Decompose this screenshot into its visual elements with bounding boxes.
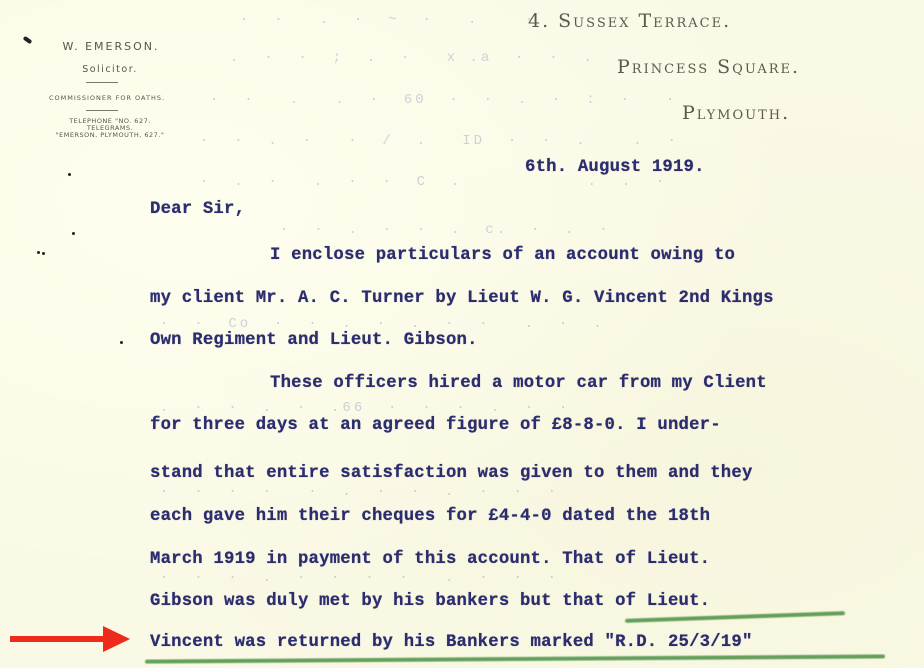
letterhead-name: W. EMERSON. <box>36 40 186 53</box>
body-line: These officers hired a motor car from my… <box>270 374 767 393</box>
arrow-head <box>103 626 130 652</box>
body-line: stand that entire satisfaction was given… <box>150 464 753 483</box>
body-line: my client Mr. A. C. Turner by Lieut W. G… <box>150 289 774 308</box>
divider <box>86 82 118 83</box>
green-underline <box>625 611 845 623</box>
body-line: for three days at an agreed figure of £8… <box>150 416 721 435</box>
body-line: Vincent was returned by his Bankers mark… <box>150 633 753 652</box>
letter-page: W. EMERSON. Solicitor. COMMISSIONER FOR … <box>0 0 924 668</box>
letter-date: 6th. August 1919. <box>525 158 705 177</box>
ghost-impression: · · · . · · · · . · · · <box>160 570 559 586</box>
letterhead-telephone: TELEPHONE "NO. 627. TELEGRAMS. "EMERSON,… <box>25 118 195 139</box>
paper-speck <box>68 173 71 176</box>
paper-speck <box>37 251 40 254</box>
ghost-impression: · · . · ~ · . · . <box>240 12 571 28</box>
ghost-impression: . · · . · .66 · · · . · · <box>160 400 570 416</box>
address-line-3: Plymouth. <box>682 102 790 124</box>
paper-speck <box>120 341 123 344</box>
body-line: March 1919 in payment of this account. T… <box>150 550 710 569</box>
telegrams-address: "EMERSON, PLYMOUTH, 627." <box>25 132 195 139</box>
red-arrow-icon <box>10 626 130 652</box>
body-line: Own Regiment and Lieut. Gibson. <box>150 331 478 350</box>
body-line: Gibson was duly met by his bankers but t… <box>150 592 710 611</box>
ghost-impression: · · Co · · . · . · · . · . <box>160 316 605 332</box>
paper-speck <box>42 252 45 255</box>
letterhead-role: Solicitor. <box>60 64 160 75</box>
divider <box>86 110 118 111</box>
arrow-shaft <box>10 636 105 642</box>
ghost-impression: · · . . · 60 · · . · : · · <box>210 92 677 108</box>
ghost-impression: · · · · · . · · . · · · <box>160 484 559 500</box>
paper-speck <box>72 232 75 235</box>
letterhead-commission: COMMISSIONER FOR OATHS. <box>12 94 202 102</box>
salutation: Dear Sir, <box>150 200 245 219</box>
ghost-impression: . · · ; . · x .a · · . <box>230 50 595 66</box>
address-line-2: Princess Square. <box>617 56 800 78</box>
body-line: each gave him their cheques for £4-4-0 d… <box>150 507 710 526</box>
ghost-impression: · · . · · / . ID · · . . · <box>200 133 679 149</box>
body-line: I enclose particulars of an account owin… <box>270 246 735 265</box>
ghost-impression: · · . · · . c. · . · <box>280 222 611 238</box>
green-underline <box>145 654 885 663</box>
ink-mark <box>23 36 33 44</box>
